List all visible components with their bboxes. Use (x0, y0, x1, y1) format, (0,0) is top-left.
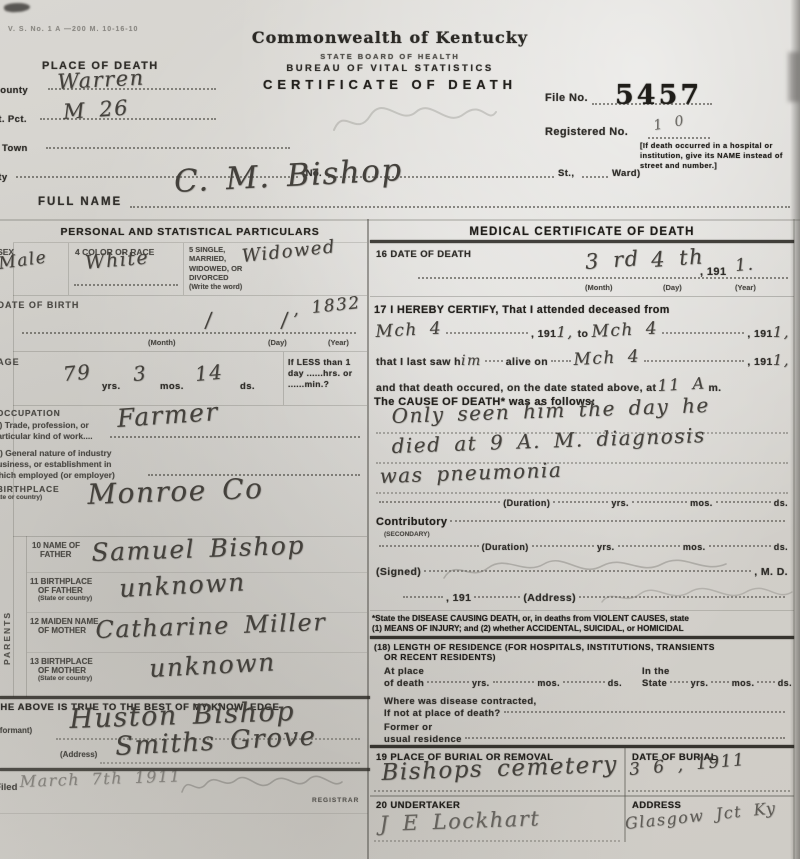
dotted-leader (551, 360, 571, 362)
occupation-b-label: (b) General nature of industry (0, 448, 112, 458)
father-name-label: 10 NAME OF (32, 541, 80, 550)
undertaker-line (374, 840, 620, 842)
pencil-note-scrawl (330, 98, 500, 143)
dotted-leader (553, 501, 608, 503)
dotted-leader (618, 545, 680, 547)
certify-lead: 17 I HEREBY CERTIFY, That I attended dec… (374, 304, 670, 316)
duration-caption-2: (Duration) (482, 542, 529, 552)
last-saw-pronoun-handwriting: im (461, 353, 482, 369)
dob-year-caption: (Year) (328, 338, 349, 347)
dob-month-caption: (Month) (148, 338, 175, 347)
occupation-a-label: (a) Trade, profession, or (0, 420, 89, 430)
disease-contracted-row: If not at place of death? (384, 708, 788, 722)
residence-heading: (18) LENGTH OF RESIDENCE (FOR HOSPITALS,… (374, 642, 715, 652)
county-label: County (0, 85, 28, 96)
dod-day-handwriting: 4 th (650, 244, 705, 272)
printed-191-a: , 191 (531, 328, 556, 340)
residence-at-place-row: of death yrs. mos. ds. (384, 678, 622, 692)
dotted-leader (632, 501, 687, 503)
attended-from-year-handwriting: 1, (556, 323, 573, 341)
occupation-a-line (110, 436, 360, 438)
mother-birthplace-label2: OF MOTHER (38, 666, 86, 675)
date-of-death-line (418, 277, 788, 279)
street-ward-label: Ward) (612, 168, 641, 179)
age-days-handwriting: 14 (194, 360, 224, 386)
dod-month-caption: (Month) (585, 283, 612, 292)
parents-side-label: PARENTS (2, 555, 12, 665)
hospital-note: [If death occurred in a hospital or inst… (640, 141, 792, 170)
informant-address-caption: (Address) (60, 750, 97, 759)
contributory-row: Contributory (376, 516, 788, 532)
father-name-handwriting: Samuel Bishop (91, 531, 305, 567)
dotted-leader (504, 711, 785, 713)
mos-caption: mos. (690, 498, 713, 508)
yrs-caption-3: yrs. (472, 678, 490, 688)
dotted-leader (662, 332, 744, 334)
father-birthplace-label: 11 BIRTHPLACE (30, 577, 92, 586)
street-line-2 (582, 176, 608, 178)
printed-191-d: , 191 (446, 592, 471, 604)
mother-maiden-label: 12 MAIDEN NAME (30, 617, 98, 626)
certificate-title: CERTIFICATE OF DEATH (210, 77, 570, 92)
death-certificate-scan: V. S. No. 1 A —200 M. 10-16-10 Commonwea… (0, 0, 800, 859)
dotted-leader (670, 681, 687, 683)
dotted-leader (446, 332, 528, 334)
dotted-leader (474, 596, 520, 598)
birthplace-hint: (State or country) (0, 494, 42, 501)
mother-maiden-handwriting: Catharine Miller (95, 608, 327, 644)
dob-line (22, 332, 356, 334)
ds-caption-4: ds. (778, 678, 792, 688)
dotted-leader (379, 501, 500, 503)
full-name-label: FULL NAME (38, 196, 122, 208)
race-value-handwriting: White (84, 246, 150, 274)
burial-top-rule (370, 745, 794, 748)
registrar-caption: REGISTRAR (312, 797, 359, 804)
date-of-death-label: 16 DATE OF DEATH (376, 249, 471, 260)
marital-hint: (Write the word) (189, 284, 242, 291)
birthplace-label: 9 BIRTHPLACE (0, 484, 59, 494)
column-divider (367, 219, 369, 859)
full-name-value-handwriting: C. M. Bishop (173, 152, 403, 200)
dob-day-handwriting: / (280, 307, 290, 332)
registered-no-label: Registered No. (545, 126, 628, 138)
mos-caption-4: mos. (732, 678, 755, 688)
header-divider (0, 219, 800, 221)
dotted-leader (465, 737, 785, 739)
dotted-leader (563, 681, 605, 683)
father-name-label2: FATHER (40, 550, 71, 559)
dotted-leader (403, 596, 443, 598)
last-saw-lead: that I last saw h (376, 356, 461, 368)
yrs-caption-4: yrs. (691, 678, 709, 688)
scan-smudge-top-left (4, 2, 31, 13)
file-no-label: File No. (545, 92, 588, 104)
commonwealth-title: Commonwealth of Kentucky (230, 28, 550, 47)
signed-caption: (Signed) (376, 566, 421, 578)
cause-line-3-handwriting: was pneumonia (379, 458, 563, 488)
race-line (74, 284, 178, 286)
mother-birthplace-label: 13 BIRTHPLACE (30, 657, 93, 666)
marital-value-handwriting: Widowed (241, 236, 337, 267)
yrs-caption: yrs. (611, 498, 629, 508)
attended-dates-row: Mch 4 , 191 1, to Mch 4 , 191 1, (376, 322, 790, 344)
residence-in-state-row: State yrs. mos. ds. (642, 678, 792, 692)
age-mos-caption: mos. (160, 381, 184, 392)
physician-address-scrawl (600, 582, 795, 610)
dotted-leader (644, 360, 745, 362)
violent-causes-footnote-1: *State the DISEASE CAUSING DEATH, or, in… (372, 614, 689, 623)
dotted-leader (716, 501, 771, 503)
disease-contracted-q1: Where was disease contracted, (384, 696, 537, 707)
medical-title-rule (370, 240, 794, 243)
ds-caption-3: ds. (608, 678, 622, 688)
right-outer-border (793, 219, 795, 859)
of-death-label: of death (384, 678, 424, 689)
age-years-handwriting: 79 (62, 360, 92, 386)
mother-maiden-label2: OF MOTHER (38, 626, 86, 635)
at-place-label: At place (384, 666, 424, 677)
in-the-label: In the (642, 666, 670, 677)
disease-contracted-q2: If not at place of death? (384, 708, 501, 719)
last-saw-mid: alive on (506, 356, 548, 368)
undertaker-handwriting: J E Lockhart (379, 806, 540, 836)
full-name-line (130, 206, 790, 208)
attended-to-handwriting: Mch 4 (591, 319, 659, 342)
md-caption: , M. D. (754, 566, 788, 578)
informant-top-rule (0, 696, 370, 699)
father-birthplace-handwriting: unknown (118, 567, 246, 603)
death-m-caption: m. (708, 382, 721, 394)
age-cell-divider (283, 352, 284, 405)
footnote-top-line (370, 610, 794, 611)
dotted-leader (485, 360, 503, 362)
death-time-handwriting: 11 A (657, 374, 706, 395)
secondary-caption: (SECONDARY) (384, 531, 430, 538)
dotted-leader (379, 545, 479, 547)
yrs-caption-2: yrs. (597, 542, 615, 552)
medical-section-title: MEDICAL CERTIFICATE OF DEATH (372, 226, 792, 238)
mother-birthplace-hint: (State or country) (38, 675, 92, 682)
former-residence-label-2: usual residence (384, 734, 462, 745)
printed-191-b: , 191 (747, 328, 772, 340)
former-residence-label-1: Former or (384, 722, 432, 733)
dod-month-handwriting: 3 rd (584, 246, 640, 274)
dob-bottom-border (13, 351, 367, 352)
age-less-note: If LESS than 1 day ......hrs. or ......m… (288, 357, 364, 390)
death-occurred-row: and that death occured, on the date stat… (376, 376, 790, 398)
age-label: 7 AGE (0, 357, 20, 367)
physician-address-caption: (Address) (523, 592, 576, 604)
dob-day-caption: (Day) (268, 338, 287, 347)
mos-caption-3: mos. (537, 678, 560, 688)
row1-cell-divider-2 (183, 243, 184, 295)
dotted-leader (450, 520, 785, 522)
dob-label: 6 DATE OF BIRTH (0, 300, 79, 310)
filed-bottom-line (0, 813, 368, 814)
file-no-value: 5457 (615, 80, 702, 111)
death-occurred-text: and that death occured, on the date stat… (376, 382, 656, 394)
parents-left-border (26, 536, 27, 697)
last-saw-date-handwriting: Mch 4 (573, 347, 641, 370)
occupation-a-label2: particular kind of work.... (0, 431, 93, 441)
date-of-burial-line (628, 790, 790, 792)
dod-day-caption: (Day) (663, 283, 682, 292)
dotted-leader (493, 681, 535, 683)
state-label: State (642, 678, 667, 689)
board-subtitle: STATE BOARD OF HEALTH (230, 52, 550, 61)
dob-year-handwriting: , 1832 (292, 293, 362, 320)
dotted-leader (532, 545, 594, 547)
physician-signature-scrawl (440, 552, 730, 586)
dotted-leader (757, 681, 774, 683)
place-of-burial-line (374, 790, 620, 792)
form-code: V. S. No. 1 A —200 M. 10-16-10 (8, 26, 138, 33)
printed-191-c: , 191 (747, 356, 772, 368)
dod-year-handwriting: 1. (734, 254, 755, 276)
ds-caption-2: ds. (774, 542, 788, 552)
dod-year-printed: , 191 (700, 266, 726, 278)
mother-birthplace-handwriting: unknown (148, 647, 276, 683)
dotted-leader (709, 545, 771, 547)
district-value-handwriting: M 26 (62, 95, 129, 124)
attended-to-year-handwriting: 1, (773, 323, 790, 341)
age-yrs-caption: yrs. (102, 381, 121, 392)
dob-month-handwriting: / (204, 307, 214, 332)
contributory-label: Contributory (376, 516, 447, 528)
duration-caption: (Duration) (503, 498, 550, 508)
duration-row-primary: (Duration) yrs. mos. ds. (376, 498, 788, 512)
attended-from-handwriting: Mch 4 (375, 319, 443, 342)
residence-top-rule (370, 636, 794, 639)
father-birthplace-label2: OF FATHER (38, 586, 83, 595)
to-word: to (578, 328, 589, 340)
registrar-signature-scrawl (180, 770, 345, 800)
occupation-value-handwriting: Farmer (116, 397, 220, 433)
district-label: Mag. Dist. Pct. (0, 114, 27, 125)
dod-year-caption: (Year) (735, 283, 756, 292)
street-st-label: St., (558, 168, 574, 179)
registered-no-line (648, 137, 710, 139)
personal-section-title: PERSONAL AND STATISTICAL PARTICULARS (15, 226, 365, 238)
occupation-label: 8 OCCUPATION (0, 408, 61, 418)
occupation-b-label2: business, or establishment in (0, 459, 112, 469)
filed-label: 15 Filed (0, 782, 17, 793)
informant-address-line (100, 762, 360, 764)
ds-caption: ds. (774, 498, 788, 508)
dotted-leader (427, 681, 469, 683)
cause-line-2-handwriting: died at 9 A. M. diagnosis (391, 423, 706, 458)
mos-caption-2: mos. (683, 542, 706, 552)
residence-heading-2: OR RECENT RESIDENTS) (384, 652, 496, 662)
dod-bottom-border (370, 296, 794, 297)
row1-cell-divider-1 (68, 243, 69, 295)
registered-no-value-handwriting: 1 0 (652, 113, 686, 134)
dotted-leader (711, 681, 728, 683)
scan-edge-shadow-right (790, 0, 800, 859)
burial-row-divider (370, 795, 794, 797)
town-line (46, 147, 290, 149)
row1-bottom-border (13, 295, 367, 296)
violent-causes-footnote-2: (1) MEANS OF INJURY; and (2) whether ACC… (372, 624, 684, 633)
birthplace-value-handwriting: Monroe Co (87, 472, 264, 511)
county-value-handwriting: Warren (57, 65, 145, 94)
last-saw-year-handwriting: 1, (773, 351, 790, 369)
cause-line-3-rule (376, 492, 788, 494)
bureau-subtitle: BUREAU OF VITAL STATISTICS (230, 63, 550, 74)
age-months-handwriting: 3 (132, 361, 148, 386)
last-saw-row: that I last saw h im alive on Mch 4 , 19… (376, 350, 790, 372)
city-label: City (0, 172, 8, 183)
town-label: Vil. or Town (0, 143, 28, 154)
age-ds-caption: ds. (240, 381, 255, 392)
father-birthplace-hint: (State or country) (38, 595, 92, 602)
scan-edge-mark-top-right (788, 52, 800, 102)
informant-caption: (Informant) (0, 726, 32, 735)
